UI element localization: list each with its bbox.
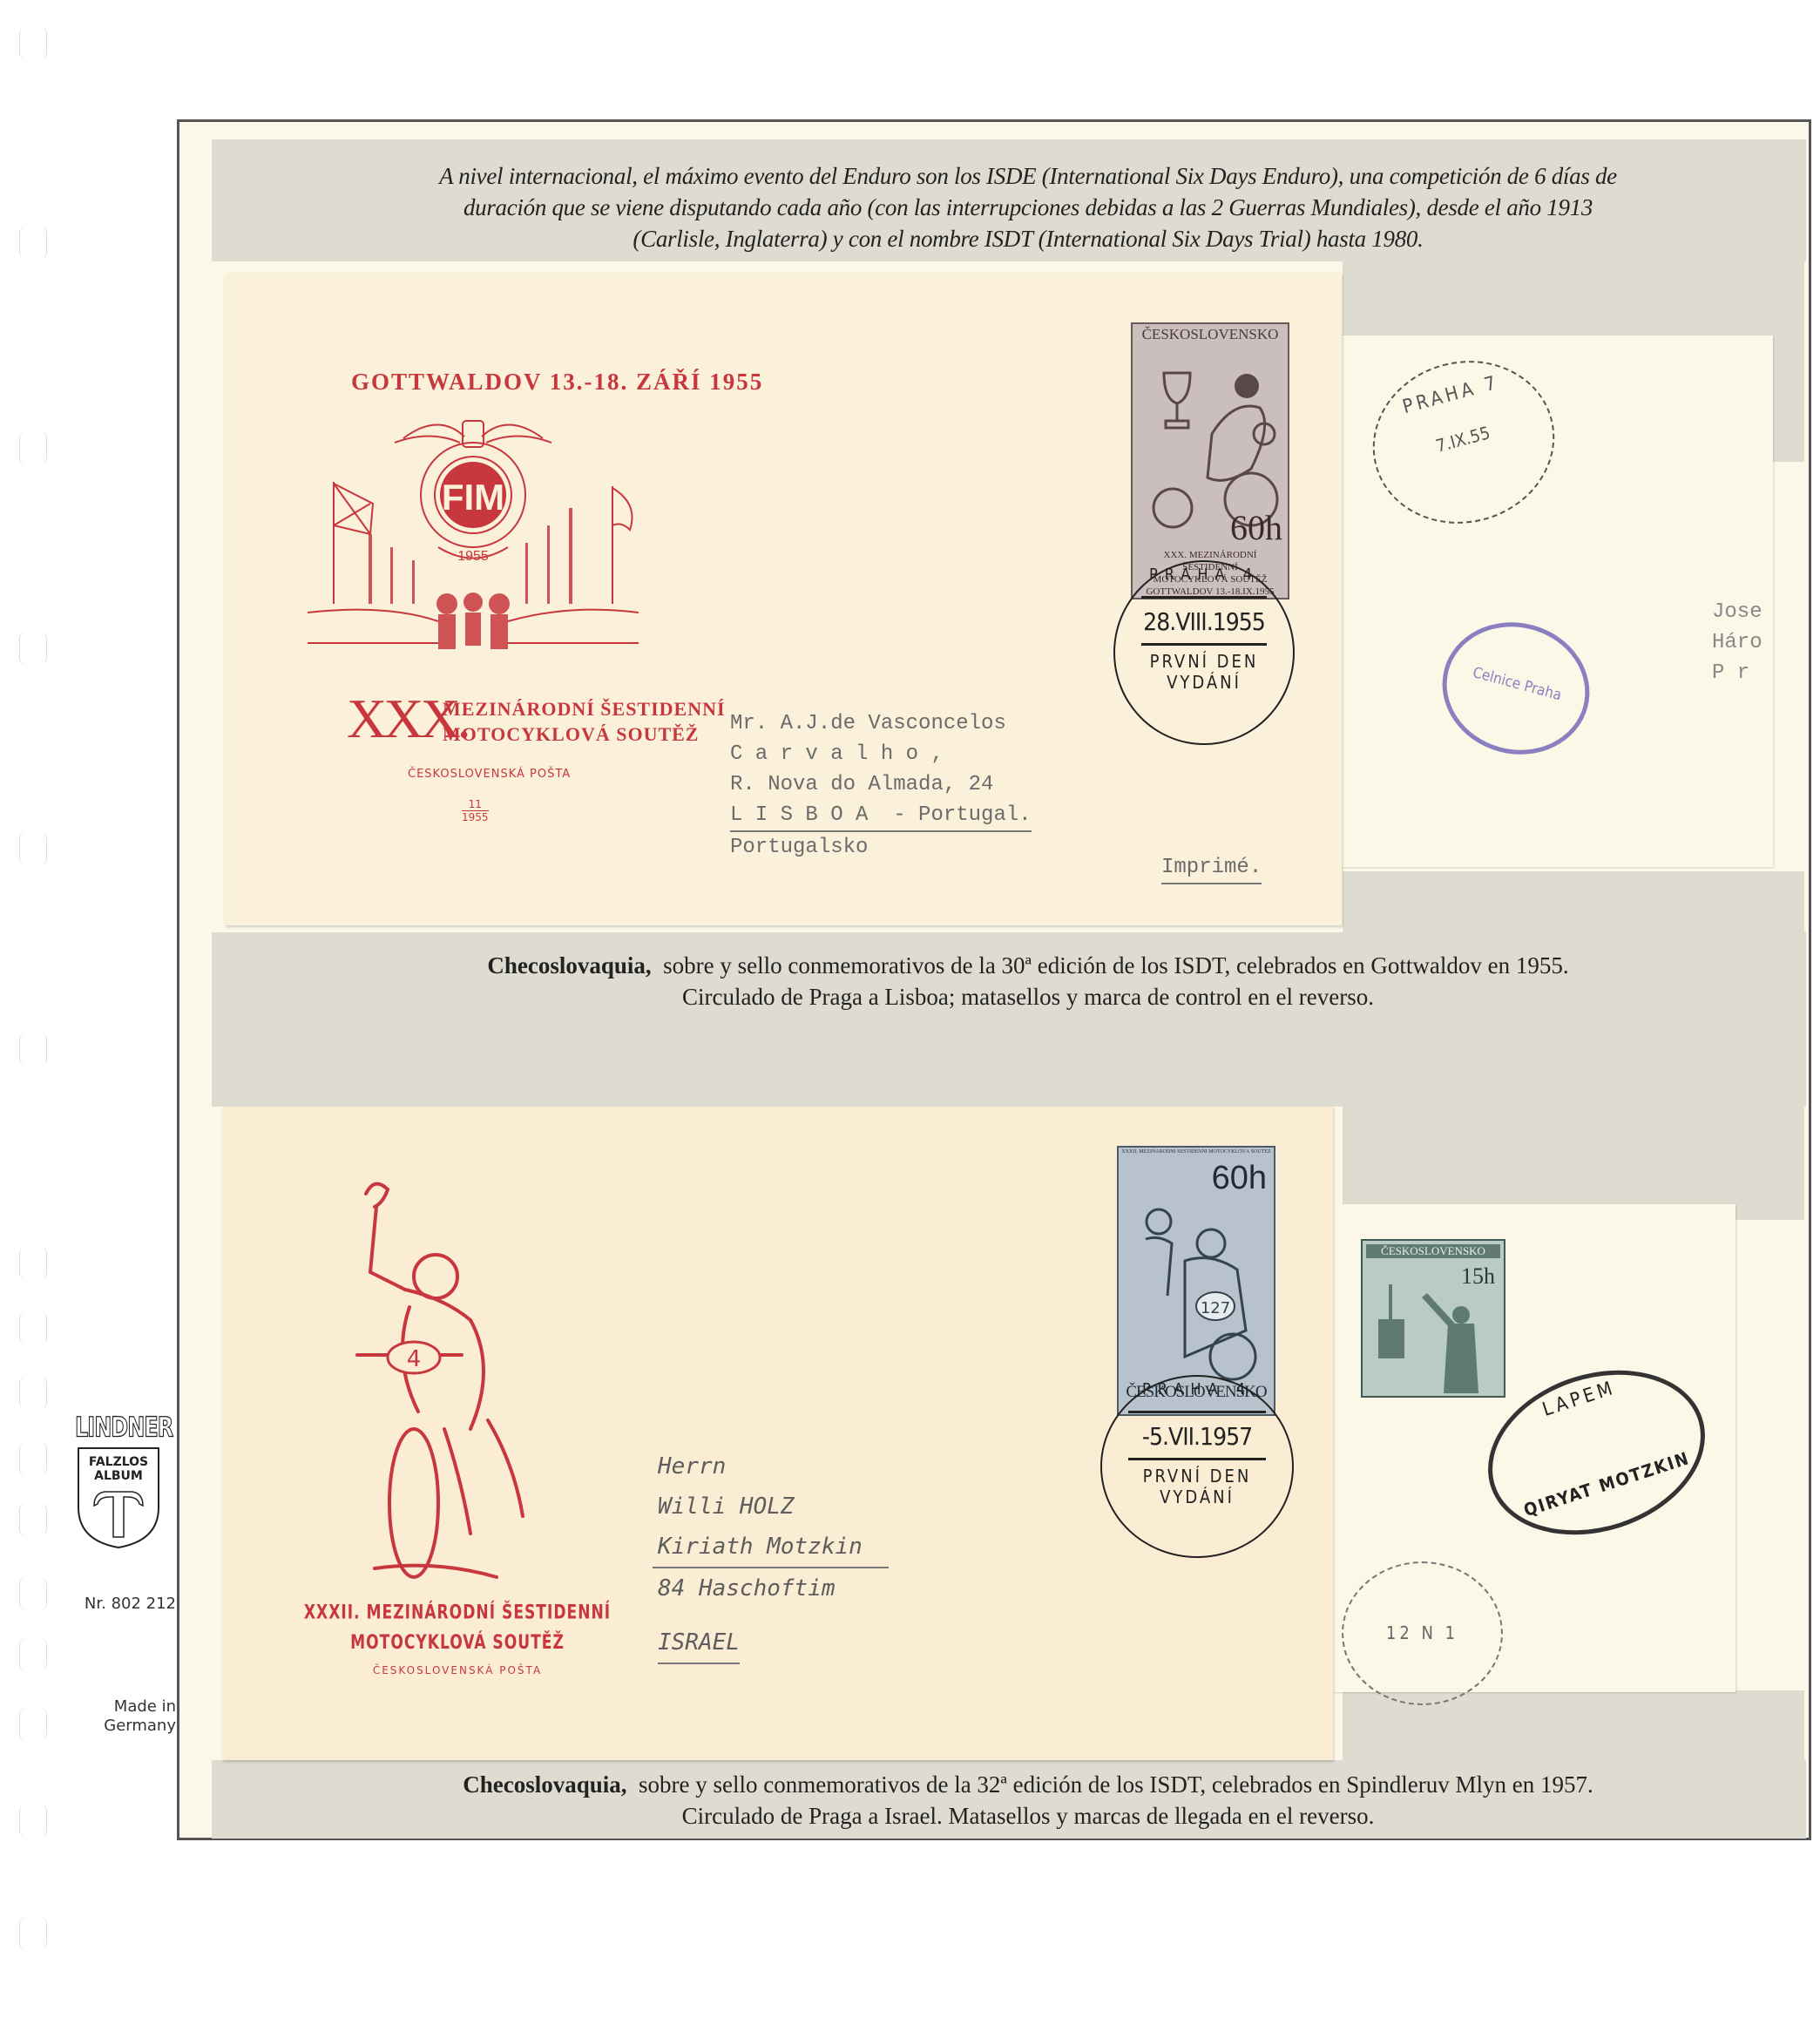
- album-line1: FALZLOS: [78, 1455, 159, 1469]
- cover1-caption: Checoslovaquia, sobre y sello conmemorat…: [366, 950, 1690, 1012]
- cover1-cachet-print-number: 11 1955: [462, 798, 489, 823]
- cover2-address: Herrn Willi HOLZ Kiriath Motzkin 84 Hasc…: [658, 1446, 889, 1664]
- cover2-caption: Checoslovaquia, sobre y sello conmemorat…: [366, 1769, 1690, 1832]
- cover2-back-stamp: ČESKOSLOVENSKO 15h: [1361, 1239, 1505, 1398]
- cover2-cachet-post: ČESKOSLOVENSKÁ POŠTA: [292, 1664, 623, 1676]
- cover1-reverse: PRAHA 7 7.IX.55 Celnice Praha Jose Háro …: [1337, 335, 1773, 867]
- motorcycle-rider-icon: [1138, 347, 1284, 530]
- cover1-first-day-postmark: PRAHA 4 28.VIII.1955 PRVNÍ DEN VYDÁNÍ: [1113, 560, 1295, 745]
- cover1-back-postmark: PRAHA 7 7.IX.55: [1355, 341, 1573, 544]
- cover2-envelope: 4 XXXII. MEZINÁRODNÍ ŠESTIDENNÍ MOTOCYKL…: [222, 1107, 1333, 1760]
- cover1-sender-address: Jose Háro P r: [1712, 597, 1762, 688]
- right-strip-mid: [1343, 871, 1804, 1220]
- cover1-customs-control-mark: Celnice Praha: [1427, 606, 1604, 771]
- album-catalog-number: Nr. 802 212: [68, 1595, 176, 1613]
- made-in-line2: Germany: [68, 1717, 176, 1736]
- caption2-country: Checoslovaquia,: [463, 1771, 626, 1798]
- cover1-envelope: GOTTWALDOV 13.-18. ZÁŘÍ 1955 FIM 1955 XX: [225, 273, 1342, 925]
- cover1-imprime: Imprimé.: [1161, 852, 1262, 884]
- caption1-country: Checoslovaquia,: [487, 952, 651, 979]
- svg-text:FIM: FIM: [442, 477, 504, 518]
- cover2-arrival-postmark: LAPEM QIRYAT MOTZKIN: [1466, 1344, 1726, 1561]
- made-in-line1: Made in: [68, 1697, 176, 1717]
- rider-waving-icon: 4: [322, 1168, 549, 1586]
- album-line2: ALBUM: [78, 1469, 159, 1483]
- worker-icon: [1370, 1276, 1500, 1393]
- intro-paragraph: A nivel internacional, el máximo evento …: [418, 160, 1638, 254]
- cover1-stamp: ČESKOSLOVENSKO 60h XXX. MEZINÁRODNÍ ŠEST…: [1131, 322, 1289, 599]
- cover2-first-day-postmark: PRAHA 4 -5.VII.1957 PRVNÍ DEN VYDÁNÍ: [1100, 1375, 1294, 1558]
- cover1-cachet-post: ČESKOSLOVENSKÁ POŠTA: [408, 768, 571, 781]
- cover1-address: Mr. A.J.de Vasconcelos C a r v a l h o ,…: [730, 708, 1032, 863]
- album-brand: LINDNER: [75, 1412, 160, 1443]
- cover2-transit-postmark: 12 N 1: [1342, 1561, 1503, 1705]
- svg-text:4: 4: [407, 1346, 422, 1372]
- cover1-cachet-title: MEZINÁRODNÍ ŠESTIDENNÍ MOTOCYKLOVÁ SOUTĚ…: [443, 696, 726, 747]
- album-logo: LINDNER FALZLOS ALBUM: [70, 1412, 166, 1568]
- cover2-reverse: ČESKOSLOVENSKO 15h LAPEM QIRYAT MOTZKIN …: [1333, 1204, 1735, 1692]
- made-in-label: Made in Germany: [68, 1697, 176, 1736]
- fim-emblem-icon: FIM 1955: [308, 403, 639, 691]
- svg-text:1955: 1955: [457, 549, 489, 564]
- motorcycle-rider-icon: 127: [1124, 1200, 1270, 1383]
- svg-text:127: 127: [1201, 1299, 1230, 1317]
- cover2-cachet-title: XXXII. MEZINÁRODNÍ ŠESTIDENNÍ MOTOCYKLOV…: [292, 1598, 623, 1658]
- cover1-cachet-header: GOTTWALDOV 13.-18. ZÁŘÍ 1955: [351, 369, 763, 396]
